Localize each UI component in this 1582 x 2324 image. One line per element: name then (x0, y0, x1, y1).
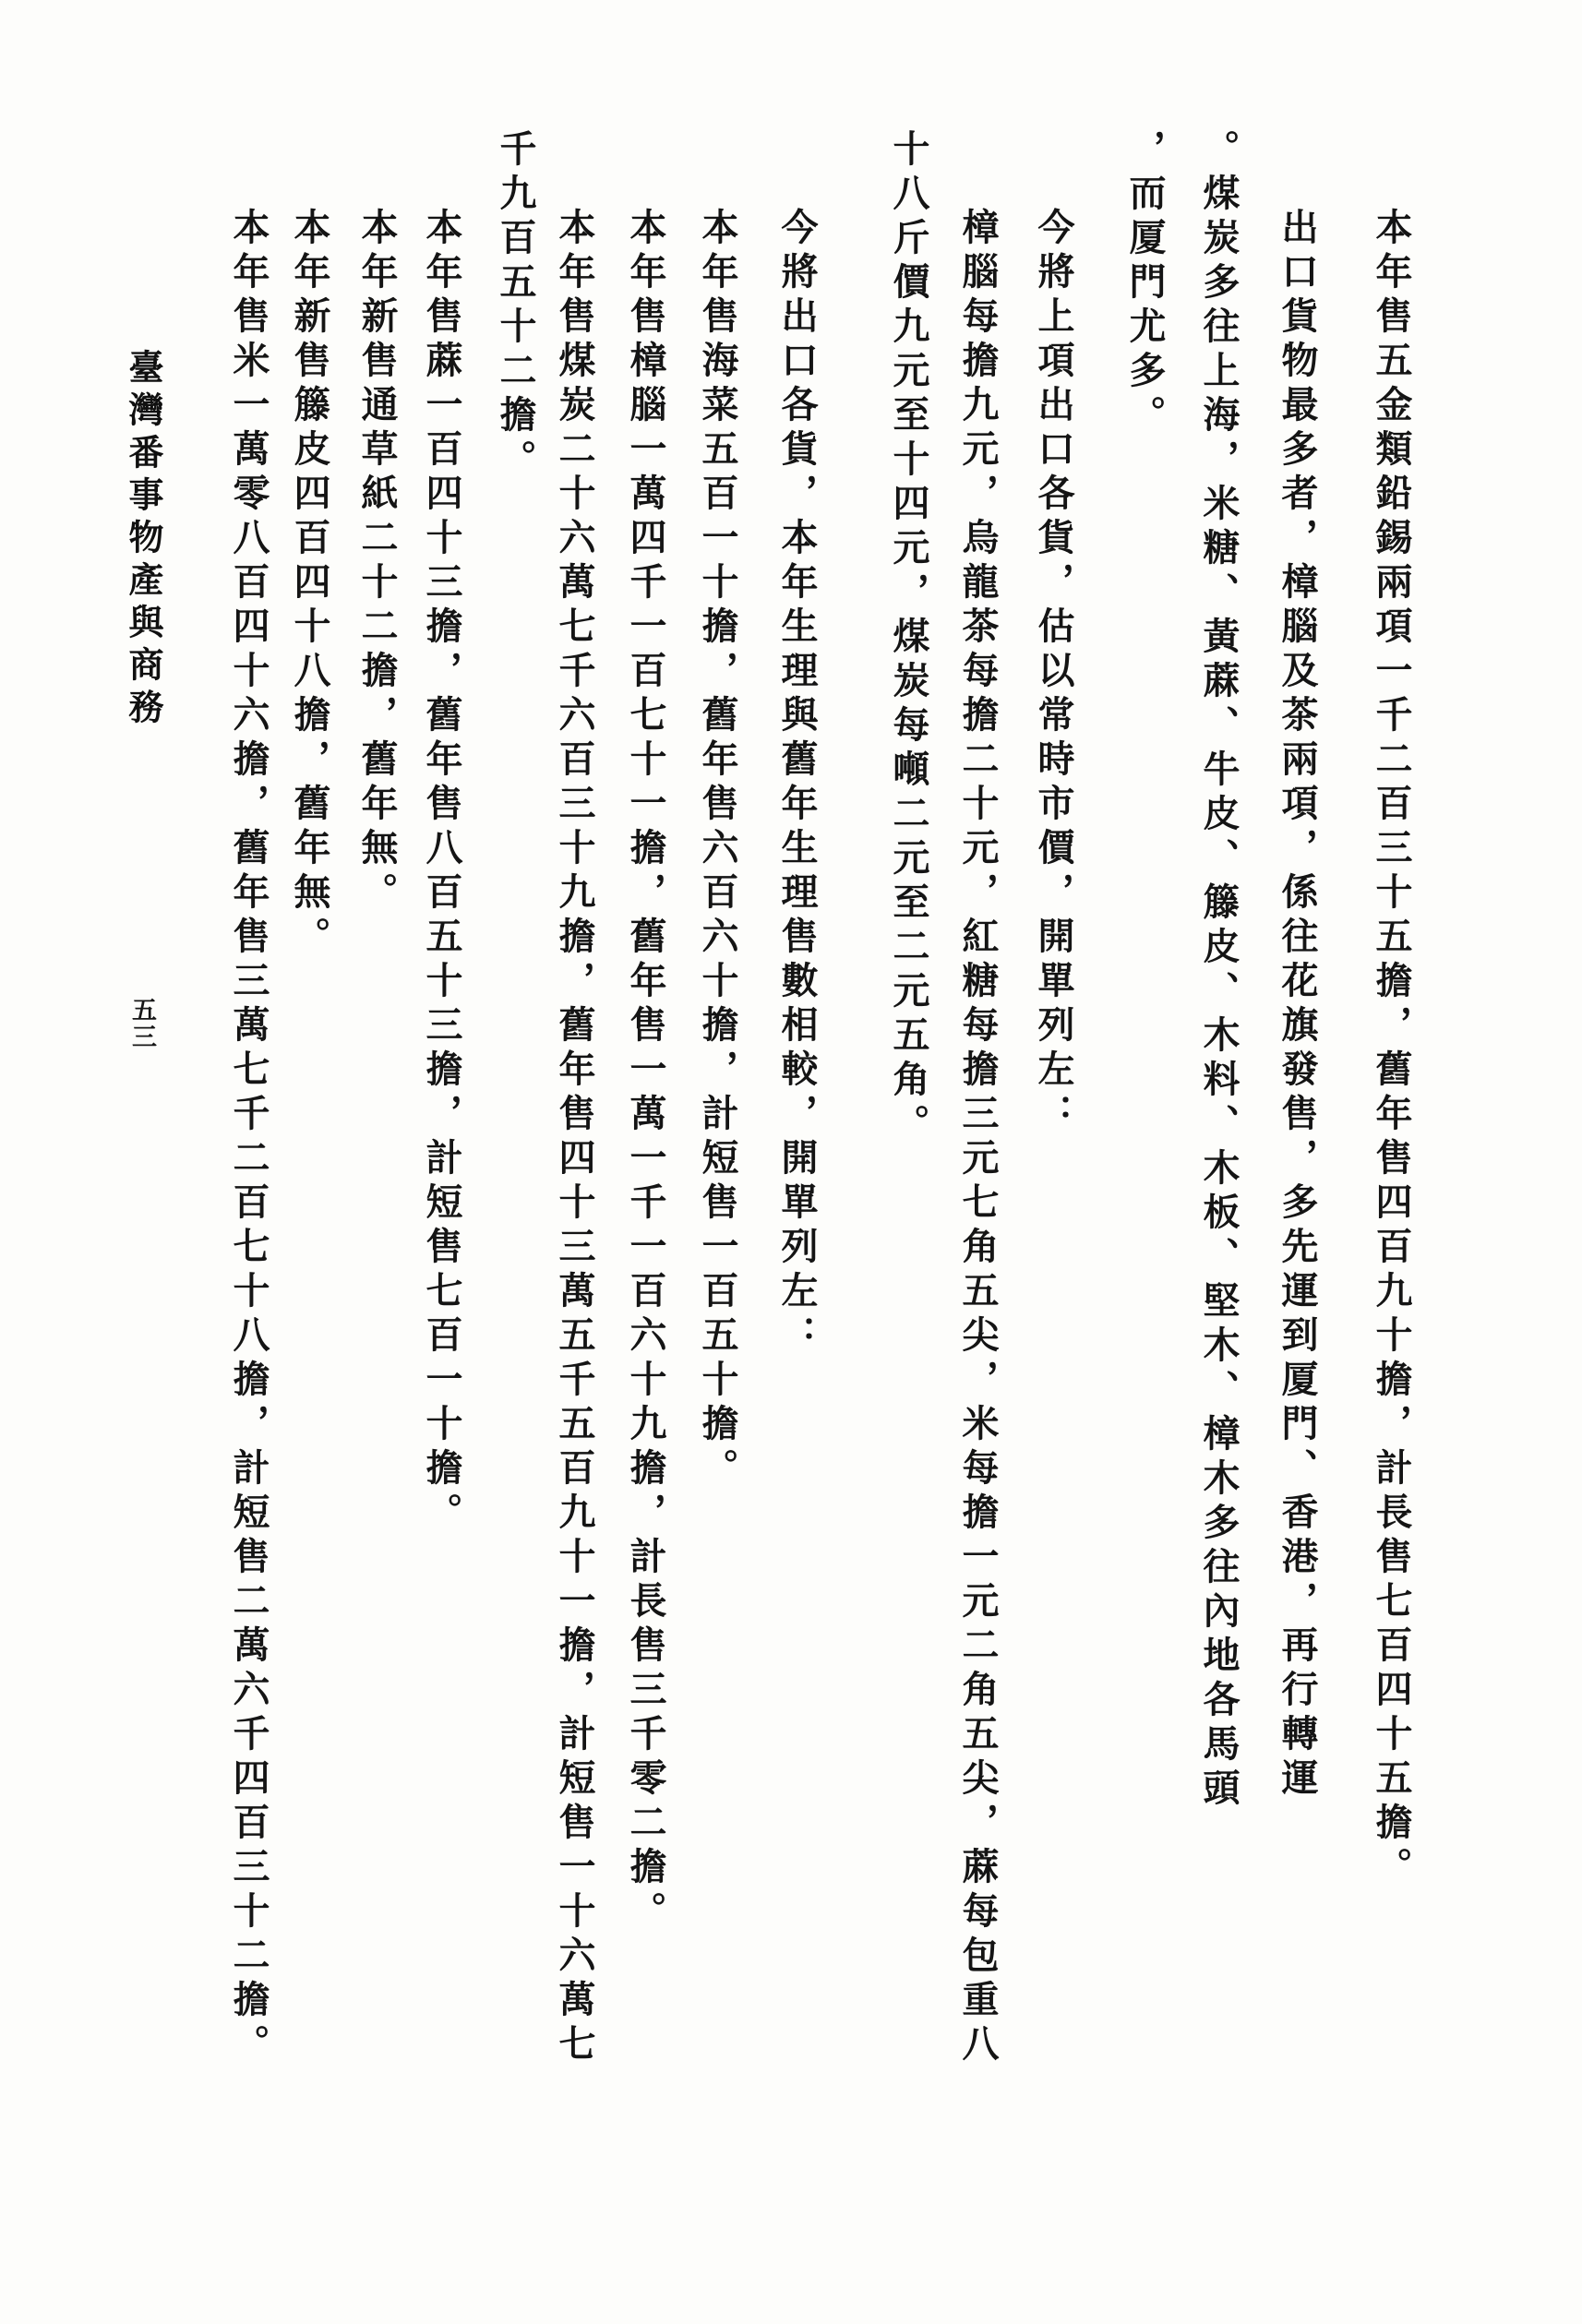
text-column: 本年售海菜五百一十擔，舊年售六百六十擔，計短售一百五十擔。 (691, 208, 744, 1492)
running-title: 臺灣番事物產與商務 (118, 349, 169, 731)
text-column: 今將上項出口各貨，估以常時市價，開單列左： (1027, 208, 1080, 1138)
text-column: 出口貨物最多者，樟腦及茶兩項，係往花旗發售，多先運到厦門、香港，再行轉運 (1271, 208, 1324, 1803)
page-number: 五三 (124, 997, 160, 1050)
scanned-book-page: 本年售五金類鉛錫兩項一千二百三十五擔，舊年售四百九十擔，計長售七百四十五擔。 出… (0, 0, 1582, 2324)
text-column: 千九百五十二擔。 (489, 129, 542, 484)
text-column: 本年新售籐皮四百四十八擔，舊年無。 (283, 208, 336, 961)
text-column: 。煤炭多往上海，米糖、黃蔴、牛皮、籐皮、木料、木板、堅木、樟木多往內地各馬頭 (1192, 129, 1245, 1813)
text-column: 今將出口各貨，本年生理與舊年生理售數相較，開單列左： (771, 208, 823, 1360)
text-column: 十八斤價九元至十四元，煤炭每噸二元至二元五角。 (882, 129, 935, 1148)
text-column: 本年售煤炭二十六萬七千六百三十九擔，舊年售四十三萬五千五百九十一擔，計短售一十六… (548, 208, 601, 2068)
text-column: 本年新售通草紙二十二擔，舊年無。 (351, 208, 403, 916)
text-column: 本年售蔴一百四十三擔，舊年售八百五十三擔，計短售七百一十擔。 (415, 208, 468, 1537)
text-column: ，而厦門尤多。 (1119, 129, 1171, 439)
text-column: 本年售樟腦一萬四千一百七十一擔，舊年售一萬一千一百六十九擔，計長售三千零二擔。 (619, 208, 672, 1935)
text-column: 樟腦每擔九元，烏龍茶每擔二十元，紅糖每擔三元七角五尖，米每擔一元二角五尖，蔴每包… (952, 208, 1004, 2068)
text-column: 本年售五金類鉛錫兩項一千二百三十五擔，舊年售四百九十擔，計長售七百四十五擔。 (1365, 208, 1418, 1891)
text-column: 本年售米一萬零八百四十六擔，舊年售三萬七千二百七十八擔，計短售二萬六千四百三十二… (222, 208, 275, 2068)
